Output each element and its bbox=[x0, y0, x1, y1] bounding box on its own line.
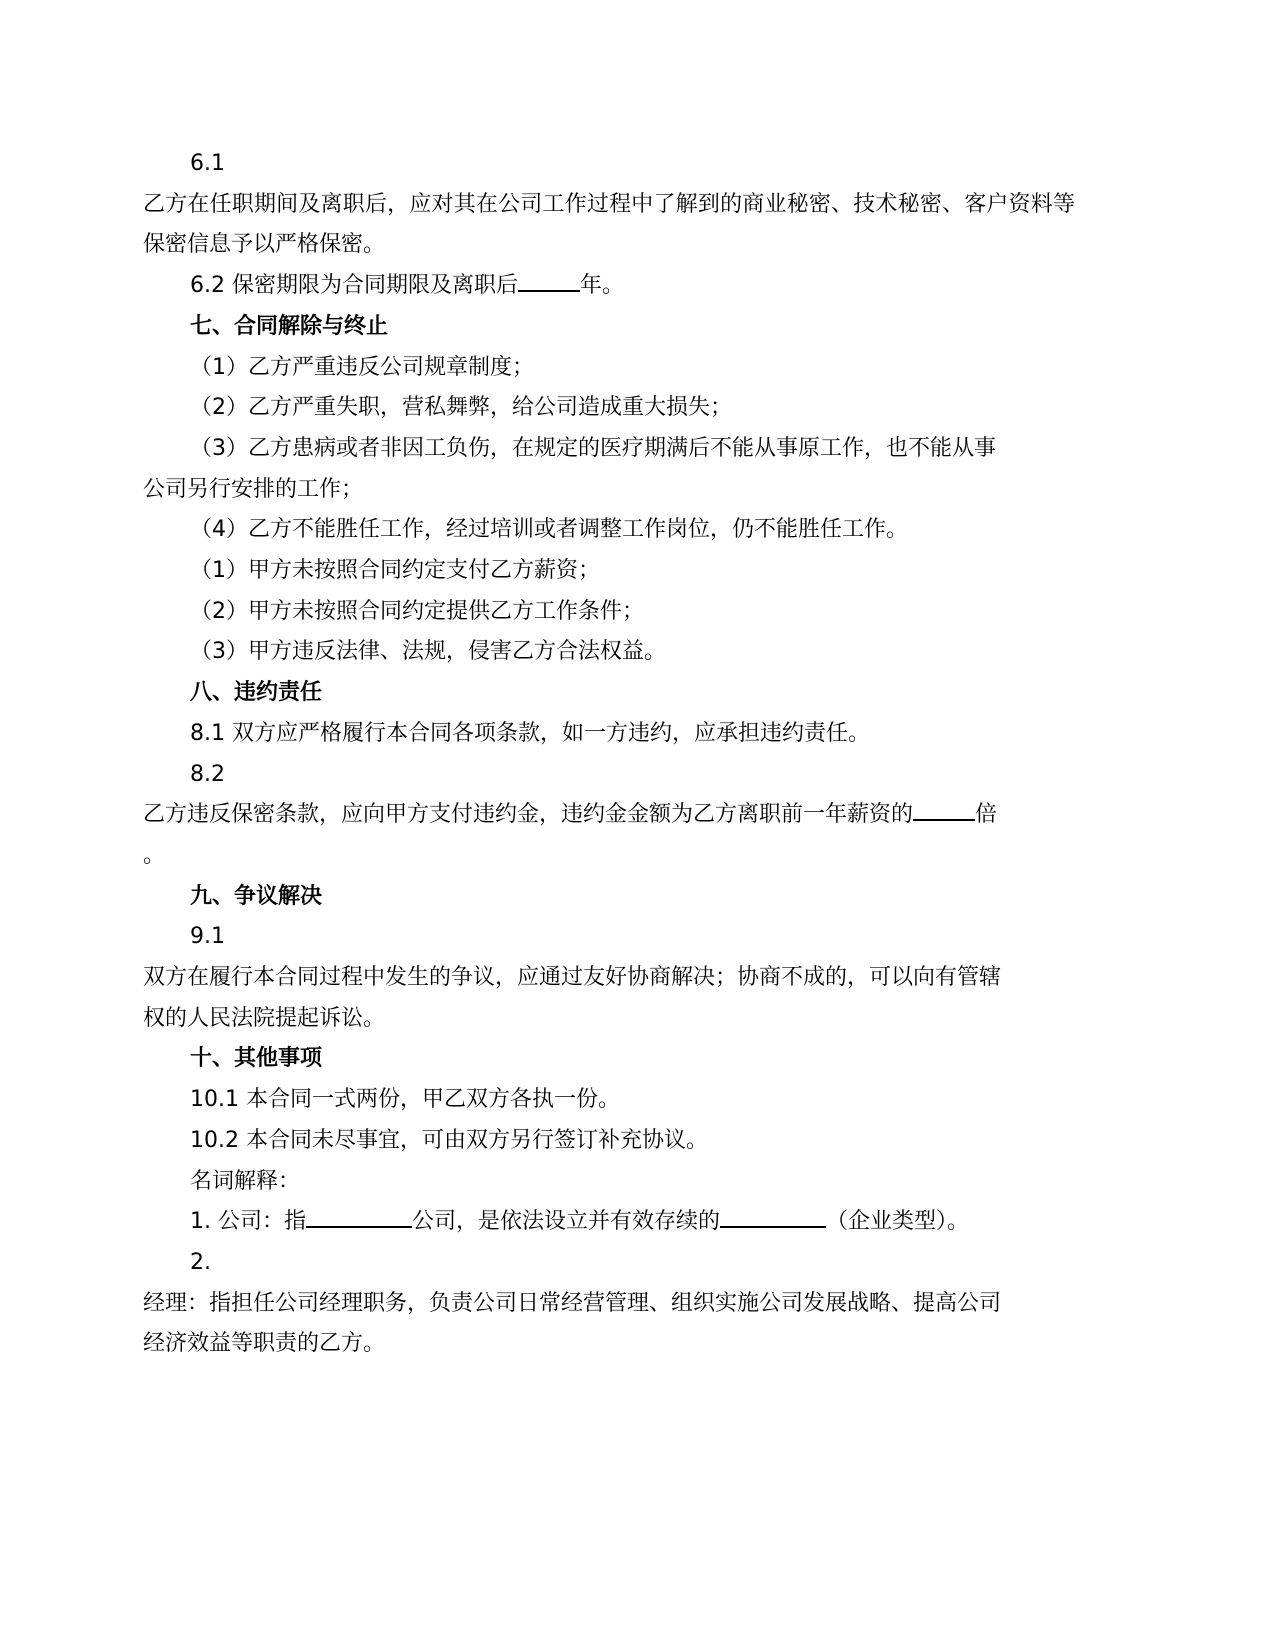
clause-6-2-prefix: 6.2 保密期限为合同期限及离职后 bbox=[190, 273, 518, 298]
glossary-item-1: 1. 公司：指公司，是依法设立并有效存续的（企业类型）。 bbox=[143, 1202, 1075, 1243]
clause-8-2-end: 。 bbox=[143, 836, 1075, 877]
section-7-item: （1）甲方未按照合同约定支付乙方薪资； bbox=[143, 551, 1075, 592]
clause-8-2-suffix: 倍 bbox=[975, 802, 997, 827]
fill-in-blank-years bbox=[518, 289, 580, 292]
section-7-item: （4）乙方不能胜任工作，经过培训或者调整工作岗位，仍不能胜任工作。 bbox=[143, 510, 1075, 551]
glossary-item-1-middle: 公司，是依法设立并有效存续的 bbox=[412, 1209, 720, 1234]
glossary-item-2-label: 2. bbox=[143, 1243, 1075, 1284]
clause-6-2: 6.2 保密期限为合同期限及离职后年。 bbox=[143, 266, 1075, 307]
glossary-item-1-prefix: 1. 公司：指 bbox=[190, 1209, 306, 1234]
clause-6-1-text: 乙方在任职期间及离职后，应对其在公司工作过程中了解到的商业秘密、技术秘密、客户资… bbox=[143, 185, 1075, 266]
fill-in-blank-company-type bbox=[720, 1225, 826, 1228]
section-7-item: （3）乙方患病或者非因工负伤，在规定的医疗期满后不能从事原工作，也不能从事 bbox=[143, 429, 1075, 470]
clause-10-2: 10.2 本合同未尽事宜，可由双方另行签订补充协议。 bbox=[143, 1121, 1075, 1162]
section-7-item: （2）乙方严重失职，营私舞弊，给公司造成重大损失； bbox=[143, 388, 1075, 429]
glossary-item-2-line2: 经济效益等职责的乙方。 bbox=[143, 1324, 1075, 1365]
fill-in-blank-multiple bbox=[913, 818, 975, 821]
section-7-item: （3）甲方违反法律、法规，侵害乙方合法权益。 bbox=[143, 632, 1075, 673]
clause-8-2-prefix: 乙方违反保密条款，应向甲方支付违约金，违约金金额为乙方离职前一年薪资的 bbox=[143, 802, 913, 827]
clause-6-2-suffix: 年。 bbox=[580, 273, 624, 298]
clause-8-2: 乙方违反保密条款，应向甲方支付违约金，违约金金额为乙方离职前一年薪资的倍 bbox=[143, 795, 1075, 836]
section-7-item: （1）乙方严重违反公司规章制度； bbox=[143, 348, 1075, 389]
document-page: 6.1 乙方在任职期间及离职后，应对其在公司工作过程中了解到的商业秘密、技术秘密… bbox=[143, 144, 1075, 1365]
fill-in-blank-company-name bbox=[306, 1225, 412, 1228]
section-7-item: （2）甲方未按照合同约定提供乙方工作条件； bbox=[143, 592, 1075, 633]
section-7-item-continued: 公司另行安排的工作； bbox=[143, 470, 1075, 511]
clause-8-1: 8.1 双方应严格履行本合同各项条款，如一方违约，应承担违约责任。 bbox=[143, 714, 1075, 755]
glossary-item-1-suffix: （企业类型）。 bbox=[826, 1209, 969, 1234]
clause-8-2-label: 8.2 bbox=[143, 755, 1075, 796]
clause-6-1-label: 6.1 bbox=[143, 144, 1075, 185]
glossary-item-2-line1: 经理：指担任公司经理职务，负责公司日常经营管理、组织实施公司发展战略、提高公司 bbox=[143, 1284, 1075, 1325]
section-9-heading: 九、争议解决 bbox=[143, 877, 1075, 918]
clause-9-1-line1: 双方在履行本合同过程中发生的争议，应通过友好协商解决；协商不成的，可以向有管辖 bbox=[143, 958, 1075, 999]
section-8-heading: 八、违约责任 bbox=[143, 673, 1075, 714]
clause-9-1-line2: 权的人民法院提起诉讼。 bbox=[143, 999, 1075, 1040]
glossary-title: 名词解释： bbox=[143, 1162, 1075, 1203]
clause-9-1-label: 9.1 bbox=[143, 917, 1075, 958]
section-10-heading: 十、其他事项 bbox=[143, 1039, 1075, 1080]
section-7-heading: 七、合同解除与终止 bbox=[143, 307, 1075, 348]
clause-10-1: 10.1 本合同一式两份，甲乙双方各执一份。 bbox=[143, 1080, 1075, 1121]
